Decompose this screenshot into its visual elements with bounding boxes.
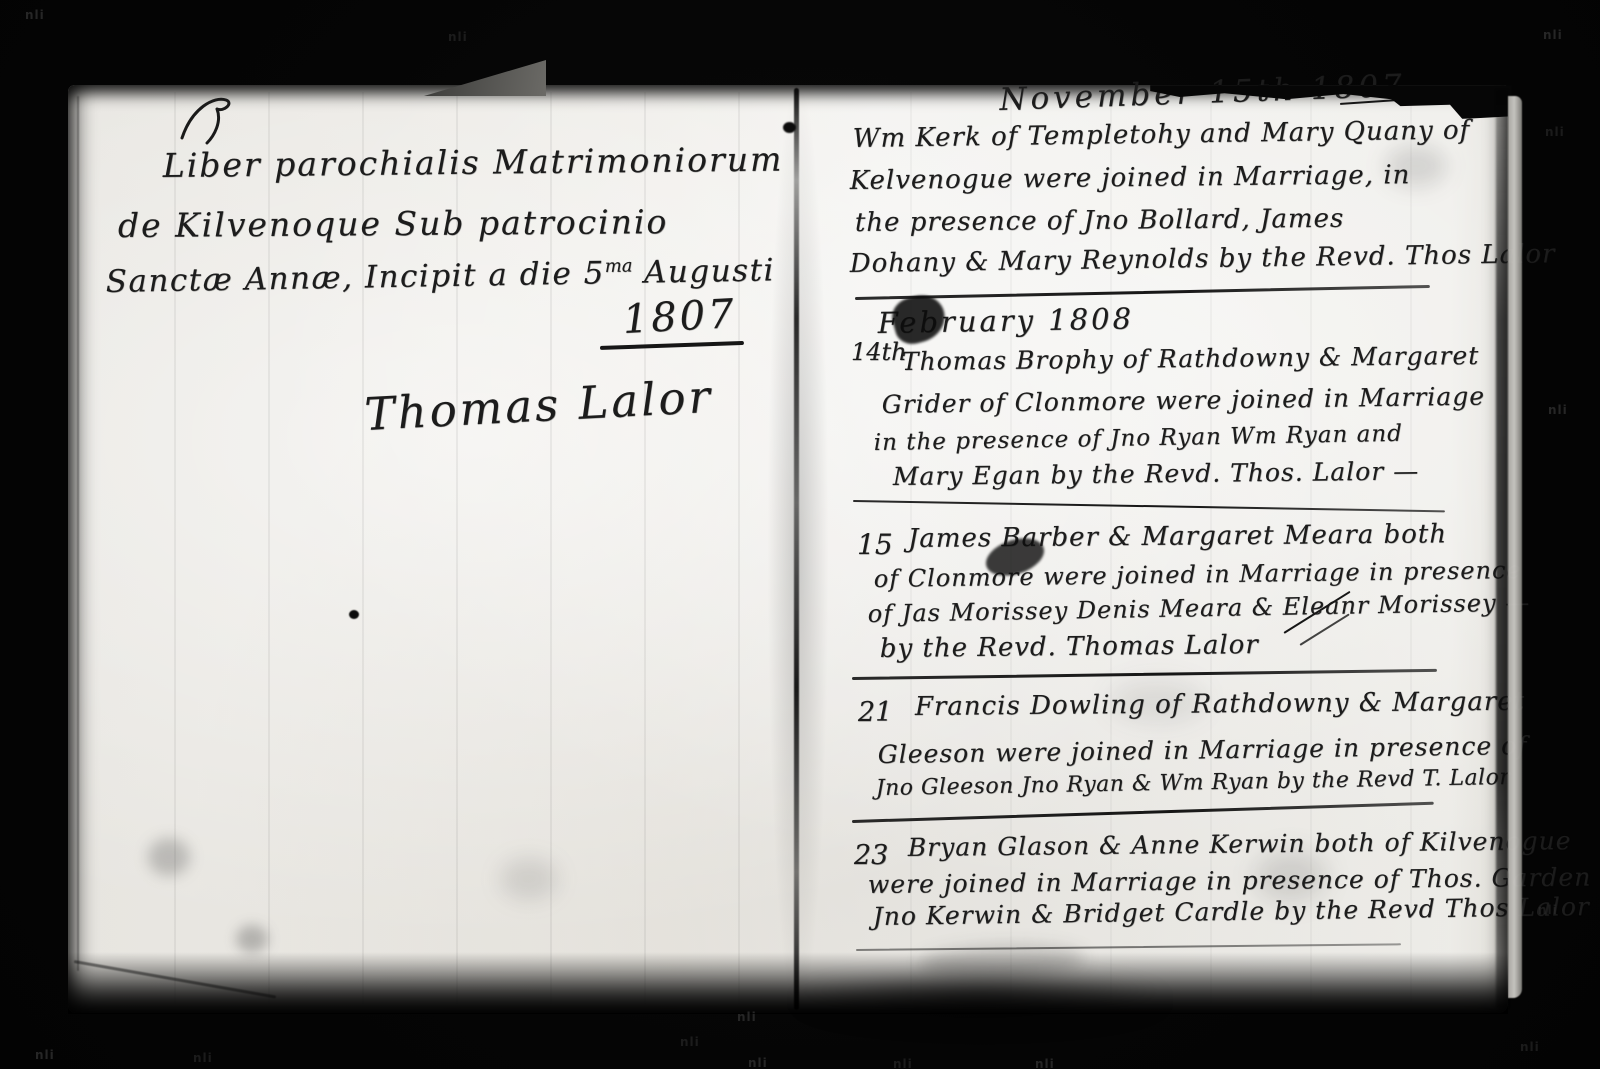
nli-watermark: nli bbox=[35, 1048, 55, 1062]
stain bbox=[148, 838, 190, 876]
entry-2-line-4: Mary Egan by the Revd. Thos. Lalor — bbox=[893, 456, 1420, 491]
stain bbox=[236, 925, 268, 953]
nli-watermark: nli bbox=[1548, 403, 1568, 417]
nli-watermark: nli bbox=[1520, 1040, 1540, 1054]
entry-2-margin-day: 14th bbox=[851, 338, 907, 366]
entry-3-margin-day: 15 bbox=[857, 528, 893, 561]
left-edge-line bbox=[77, 96, 79, 971]
entry-1-line-3: the presence of Jno Bollard, James bbox=[855, 204, 1345, 238]
latin-title-superscript: ma bbox=[605, 255, 633, 276]
latin-title-line-3-end: Augusti bbox=[632, 252, 775, 290]
entry-1-line-2: Kelvenogue were joined in Marriage, in bbox=[850, 160, 1411, 196]
pen-flourish-icon bbox=[172, 90, 242, 148]
ink-dot bbox=[349, 610, 359, 619]
stain bbox=[500, 858, 558, 900]
nli-watermark: nli bbox=[1543, 28, 1563, 42]
latin-title-line-1: Liber parochialis Matrimoniorum bbox=[163, 140, 784, 185]
nli-watermark: nli bbox=[448, 30, 468, 44]
entry-3-line-4: by the Revd. Thomas Lalor bbox=[880, 630, 1259, 664]
entry-4-line-1: Francis Dowling of Rathdowny & Margaret bbox=[915, 687, 1526, 722]
nli-watermark: nli bbox=[25, 8, 45, 22]
nli-watermark: nli bbox=[680, 1035, 700, 1049]
entry-4-margin-day: 21 bbox=[858, 697, 892, 728]
latin-title-line-2: de Kilvenoque Sub patrocinio bbox=[118, 202, 669, 245]
nli-watermark: nli bbox=[193, 1051, 213, 1065]
entry-2-line-1: Thomas Brophy of Rathdowny & Margaret bbox=[902, 341, 1480, 376]
nli-watermark: nli bbox=[737, 1010, 757, 1024]
nli-watermark: nli bbox=[748, 1056, 768, 1069]
microfilm-scan: Liber parochialis Matrimoniorum de Kilve… bbox=[0, 0, 1600, 1069]
nli-watermark: nli bbox=[893, 1057, 913, 1069]
nli-watermark: nli bbox=[1538, 903, 1558, 917]
title-year: 1807 bbox=[622, 291, 738, 343]
ink-dot bbox=[783, 122, 796, 133]
nli-watermark: nli bbox=[1545, 125, 1565, 139]
entry-5-margin-day: 23 bbox=[854, 840, 888, 871]
entry-3-line-1: James Barber & Margaret Meara both bbox=[908, 519, 1447, 554]
nli-watermark: nli bbox=[1035, 1057, 1055, 1069]
